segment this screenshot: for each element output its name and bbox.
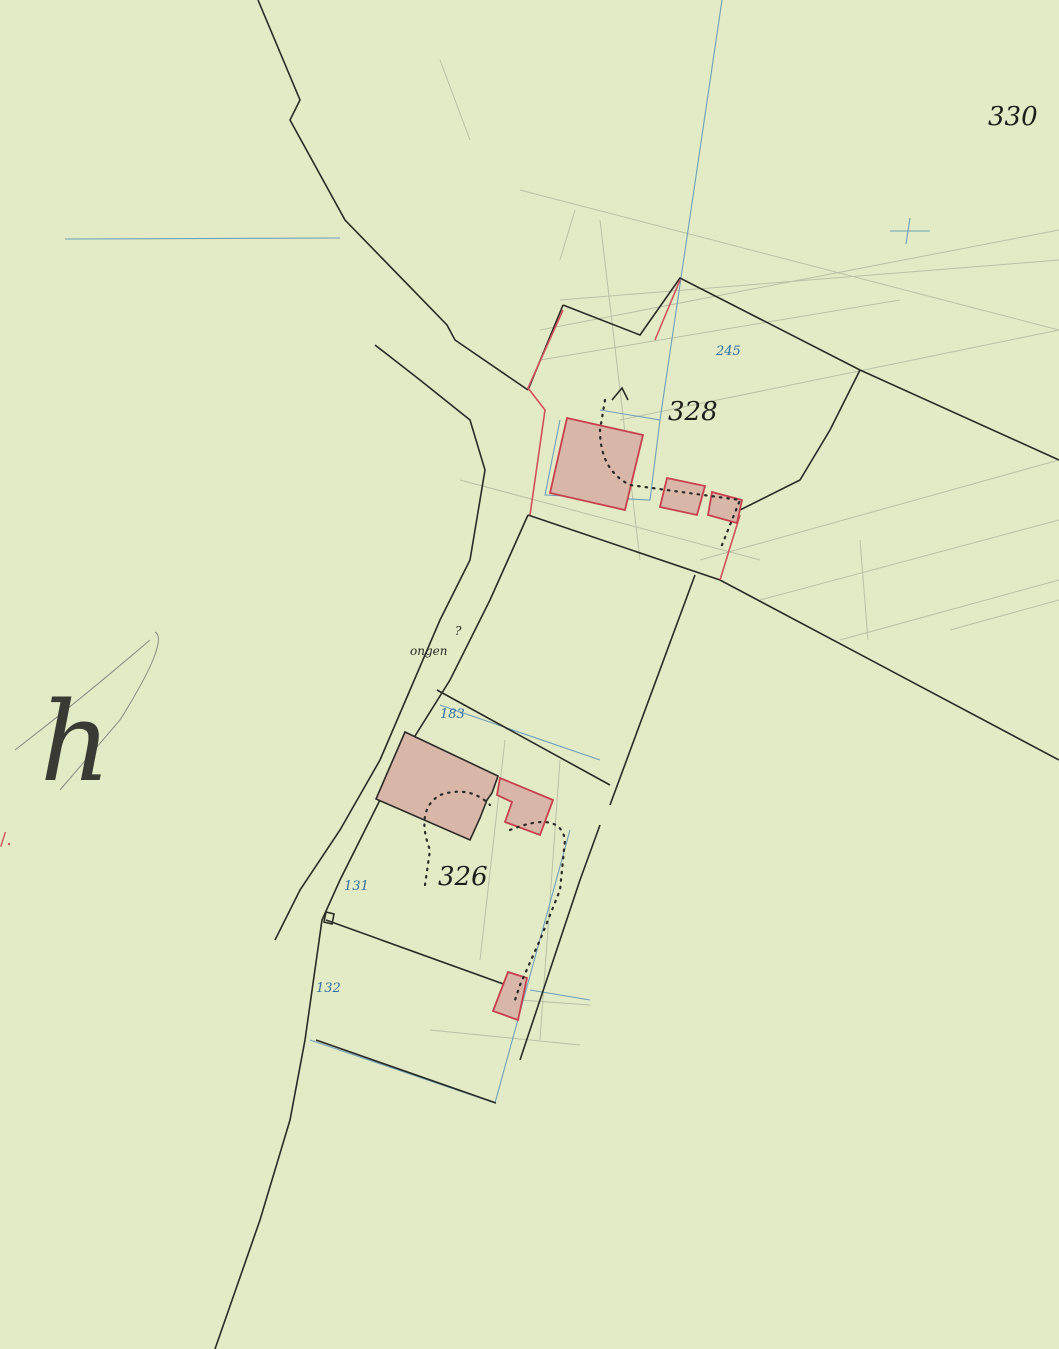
old-parcel-131-label: 131	[344, 879, 369, 894]
building-132-shed	[493, 972, 527, 1020]
red-mark: /.	[0, 829, 12, 850]
old-parcel-183-label: 183	[440, 707, 465, 722]
old-boundary-lines	[65, 0, 930, 1103]
parcel-boundaries	[215, 0, 1059, 1349]
building-326-main	[376, 732, 498, 840]
pencil-construction-lines	[430, 60, 1059, 1045]
cadastral-map: 330 328 326 245 183 131 132 ongen ? h /.	[0, 0, 1059, 1349]
map-canvas: 330 328 326 245 183 131 132 ongen ? h /.	[0, 0, 1059, 1349]
red-correction-lines	[528, 280, 740, 580]
building-328-main	[550, 418, 643, 510]
buildings	[376, 418, 742, 1020]
building-328-outbuilding	[660, 478, 705, 515]
old-parcel-245-label: 245	[715, 344, 741, 359]
old-parcel-132-label: 132	[316, 981, 341, 996]
question-mark-annotation: ?	[455, 624, 462, 638]
building-326-annex	[497, 778, 553, 835]
parcel-328-label: 328	[668, 397, 718, 427]
parcel-326-label: 326	[438, 862, 488, 892]
ongen-annotation: ongen	[410, 644, 447, 658]
parcel-330-label: 330	[988, 102, 1038, 132]
script-letter-h: h	[40, 678, 111, 806]
